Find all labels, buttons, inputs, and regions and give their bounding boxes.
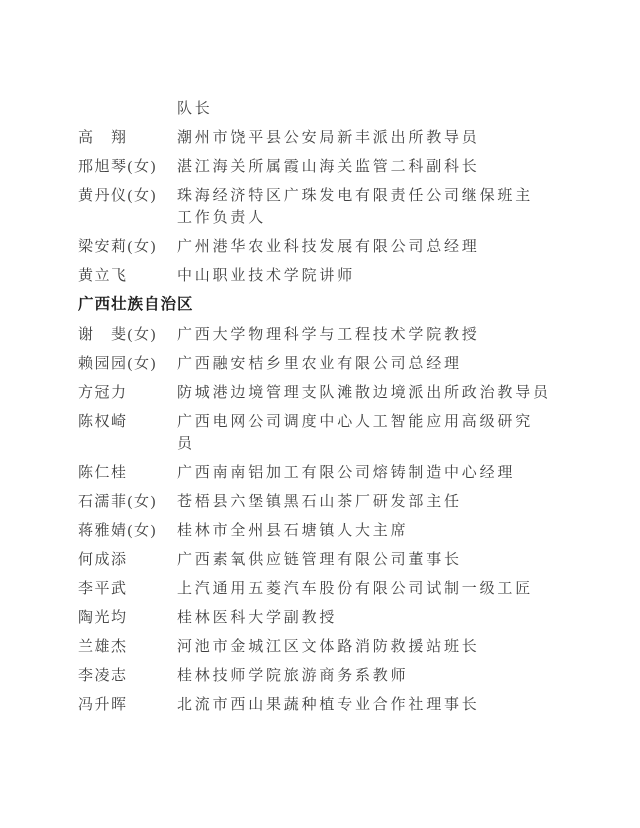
list-item: 黄立飞 中山职业技术学院讲师	[78, 265, 572, 287]
person-name: 石濡菲(女)	[78, 491, 177, 513]
person-name: 何成添	[78, 549, 177, 571]
person-title: 桂林医科大学副教授	[177, 607, 572, 629]
person-title: 湛江海关所属霞山海关监管二科副科长	[177, 156, 572, 178]
person-name: 黄立飞	[78, 265, 177, 287]
person-title-line: 员	[177, 433, 572, 455]
list-item: 陶光均 桂林医科大学副教授	[78, 607, 572, 629]
person-name: 高 翔	[78, 127, 177, 149]
person-title-line: 中山职业技术学院讲师	[177, 265, 572, 287]
person-title: 中山职业技术学院讲师	[177, 265, 572, 287]
person-title: 河池市金城江区文体路消防救援站班长	[177, 636, 572, 658]
person-name: 谢 斐(女)	[78, 324, 177, 346]
person-title: 桂林市全州县石塘镇人大主席	[177, 520, 572, 542]
person-name: 李平武	[78, 578, 177, 600]
list-item: 黄丹仪(女) 珠海经济特区广珠发电有限责任公司继保班主工作负责人	[78, 185, 572, 229]
person-title-line: 广西融安桔乡里农业有限公司总经理	[177, 353, 572, 375]
person-name: 陈权崎	[78, 411, 177, 433]
list-item: 队长	[78, 98, 572, 120]
person-name: 方冠力	[78, 382, 177, 404]
person-title: 广西南南铝加工有限公司熔铸制造中心经理	[177, 462, 572, 484]
person-title-line: 广西南南铝加工有限公司熔铸制造中心经理	[177, 462, 572, 484]
list-item: 何成添 广西素氧供应链管理有限公司董事长	[78, 549, 572, 571]
person-title: 北流市西山果蔬种植专业合作社理事长	[177, 694, 572, 716]
person-title: 广西电网公司调度中心人工智能应用高级研究员	[177, 411, 572, 455]
person-title: 潮州市饶平县公安局新丰派出所教导员	[177, 127, 572, 149]
person-title: 防城港边境管理支队滩散边境派出所政治教导员	[177, 382, 572, 404]
person-title: 广西融安桔乡里农业有限公司总经理	[177, 353, 572, 375]
list-item: 赖园园(女) 广西融安桔乡里农业有限公司总经理	[78, 353, 572, 375]
list-item: 邢旭琴(女) 湛江海关所属霞山海关监管二科副科长	[78, 156, 572, 178]
person-title-line: 珠海经济特区广珠发电有限责任公司继保班主	[177, 185, 572, 207]
person-title-line: 桂林市全州县石塘镇人大主席	[177, 520, 572, 542]
person-name: 李凌志	[78, 665, 177, 687]
person-title: 桂林技师学院旅游商务系教师	[177, 665, 572, 687]
person-title-line: 广西素氧供应链管理有限公司董事长	[177, 549, 572, 571]
person-title: 珠海经济特区广珠发电有限责任公司继保班主工作负责人	[177, 185, 572, 229]
list-item: 高 翔 潮州市饶平县公安局新丰派出所教导员	[78, 127, 572, 149]
person-title-line: 桂林医科大学副教授	[177, 607, 572, 629]
list-item: 陈权崎 广西电网公司调度中心人工智能应用高级研究员	[78, 411, 572, 455]
list-item: 方冠力 防城港边境管理支队滩散边境派出所政治教导员	[78, 382, 572, 404]
person-title-line: 上汽通用五菱汽车股份有限公司试制一级工匠	[177, 578, 572, 600]
person-title-line: 工作负责人	[177, 207, 572, 229]
person-name: 冯升晖	[78, 694, 177, 716]
list-item: 蒋雅婧(女) 桂林市全州县石塘镇人大主席	[78, 520, 572, 542]
person-title: 广西素氧供应链管理有限公司董事长	[177, 549, 572, 571]
person-title: 队长	[177, 98, 572, 120]
person-title: 广州港华农业科技发展有限公司总经理	[177, 236, 572, 258]
list-group-tail: 队长 高 翔 潮州市饶平县公安局新丰派出所教导员 邢旭琴(女) 湛江海关所属霞山…	[78, 98, 572, 287]
person-title: 广西大学物理科学与工程技术学院教授	[177, 324, 572, 346]
person-title-line: 苍梧县六堡镇黑石山茶厂研发部主任	[177, 491, 572, 513]
person-title-line: 北流市西山果蔬种植专业合作社理事长	[177, 694, 572, 716]
award-list: 队长 高 翔 潮州市饶平县公安局新丰派出所教导员 邢旭琴(女) 湛江海关所属霞山…	[78, 98, 572, 723]
person-title-line: 广西电网公司调度中心人工智能应用高级研究	[177, 411, 572, 433]
list-item: 石濡菲(女) 苍梧县六堡镇黑石山茶厂研发部主任	[78, 491, 572, 513]
person-title-line: 广西大学物理科学与工程技术学院教授	[177, 324, 572, 346]
person-title-line: 队长	[177, 98, 572, 120]
person-title-line: 河池市金城江区文体路消防救援站班长	[177, 636, 572, 658]
person-title-line: 潮州市饶平县公安局新丰派出所教导员	[177, 127, 572, 149]
person-name: 邢旭琴(女)	[78, 156, 177, 178]
list-item: 李平武 上汽通用五菱汽车股份有限公司试制一级工匠	[78, 578, 572, 600]
list-item: 谢 斐(女) 广西大学物理科学与工程技术学院教授	[78, 324, 572, 346]
list-item: 陈仁桂 广西南南铝加工有限公司熔铸制造中心经理	[78, 462, 572, 484]
person-name: 兰雄杰	[78, 636, 177, 658]
list-item: 李凌志 桂林技师学院旅游商务系教师	[78, 665, 572, 687]
list-item: 冯升晖 北流市西山果蔬种植专业合作社理事长	[78, 694, 572, 716]
person-name: 陶光均	[78, 607, 177, 629]
document-page: 队长 高 翔 潮州市饶平县公安局新丰派出所教导员 邢旭琴(女) 湛江海关所属霞山…	[0, 0, 640, 828]
person-name: 陈仁桂	[78, 462, 177, 484]
section-header-guangxi: 广西壮族自治区	[78, 294, 572, 316]
person-name: 蒋雅婧(女)	[78, 520, 177, 542]
person-title: 苍梧县六堡镇黑石山茶厂研发部主任	[177, 491, 572, 513]
person-title-line: 桂林技师学院旅游商务系教师	[177, 665, 572, 687]
person-title-line: 防城港边境管理支队滩散边境派出所政治教导员	[177, 382, 572, 404]
list-item: 兰雄杰 河池市金城江区文体路消防救援站班长	[78, 636, 572, 658]
person-name: 梁安莉(女)	[78, 236, 177, 258]
list-item: 梁安莉(女) 广州港华农业科技发展有限公司总经理	[78, 236, 572, 258]
person-name: 赖园园(女)	[78, 353, 177, 375]
person-title-line: 广州港华农业科技发展有限公司总经理	[177, 236, 572, 258]
person-title-line: 湛江海关所属霞山海关监管二科副科长	[177, 156, 572, 178]
list-group-guangxi: 谢 斐(女) 广西大学物理科学与工程技术学院教授 赖园园(女) 广西融安桔乡里农…	[78, 324, 572, 716]
person-name: 黄丹仪(女)	[78, 185, 177, 207]
person-title: 上汽通用五菱汽车股份有限公司试制一级工匠	[177, 578, 572, 600]
